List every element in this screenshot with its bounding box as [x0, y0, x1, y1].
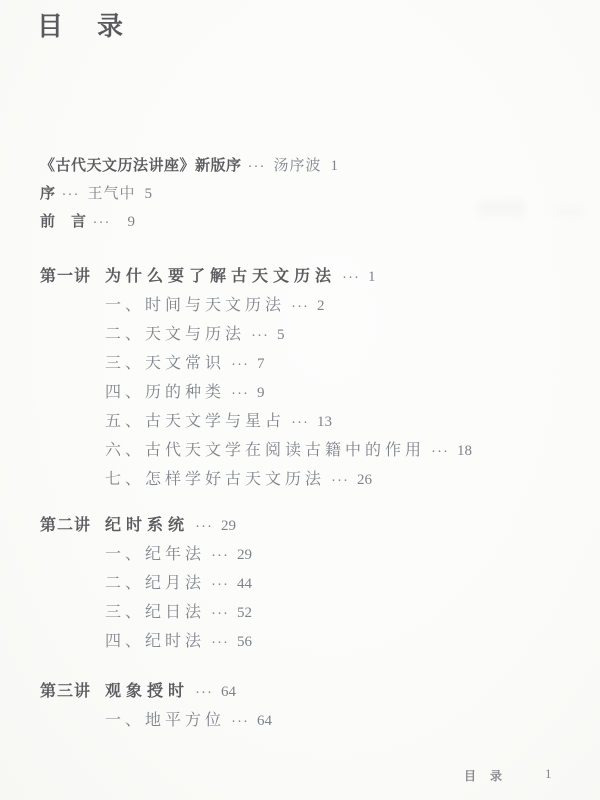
chapter-label: 第三讲: [40, 677, 105, 706]
dot-leader: ···: [93, 213, 111, 230]
toc-entry: 一、纪年法···29: [40, 540, 580, 569]
toc-entry: 七、怎样学好古天文历法···26: [40, 465, 580, 494]
toc-entry: 《古代天文历法讲座》新版序···汤序波1: [40, 152, 580, 180]
section-title: 五、古天文学与星占: [105, 413, 285, 430]
footer-page-number: 1: [545, 766, 552, 782]
section-title: 四、历的种类: [105, 384, 225, 401]
section-title: 三、纪日法: [105, 604, 205, 621]
section-page: 9: [257, 385, 265, 401]
dot-leader: ···: [342, 268, 360, 285]
dot-leader: ···: [211, 633, 229, 650]
chapter-title: 观象授时: [105, 683, 189, 700]
dot-leader: ···: [248, 157, 266, 174]
dot-leader: ···: [231, 355, 249, 372]
section-page: 29: [237, 547, 252, 563]
dot-leader: ···: [231, 384, 249, 401]
toc-entry: 三、纪日法···52: [40, 598, 580, 627]
dot-leader: ···: [195, 517, 213, 534]
dot-leader: ···: [211, 546, 229, 563]
dot-leader: ···: [291, 297, 309, 314]
section-page: 64: [257, 713, 272, 729]
section-page: 5: [277, 327, 285, 343]
chapter-label: 第二讲: [40, 511, 105, 540]
dot-leader: ···: [331, 471, 349, 488]
chapter-block-1: 第一讲为什么要了解古天文历法···1 一、时间与天文历法···2 二、天文与历法…: [40, 262, 580, 494]
section-title: 一、地平方位: [105, 712, 225, 729]
toc-entry: 五、古天文学与星占···13: [40, 407, 580, 436]
toc-entry-title: 序: [40, 185, 56, 202]
toc-entry: 前 言···9: [40, 208, 580, 236]
dot-leader: ···: [431, 442, 449, 459]
front-matter-block: 《古代天文历法讲座》新版序···汤序波1 序···王气中5 前 言···9: [40, 152, 580, 236]
dot-leader: ···: [291, 413, 309, 430]
toc-entry: 一、地平方位···64: [40, 706, 580, 735]
toc-entry: 二、纪月法···44: [40, 569, 580, 598]
toc-entry-author: 汤序波: [274, 157, 322, 174]
chapter-heading: 第三讲观象授时···64: [40, 677, 580, 706]
section-title: 六、古代天文学在阅读古籍中的作用: [105, 442, 425, 459]
chapter-page: 1: [368, 269, 376, 285]
toc-entry: 一、时间与天文历法···2: [40, 291, 580, 320]
section-page: 52: [237, 605, 252, 621]
toc-entry: 六、古代天文学在阅读古籍中的作用···18: [40, 436, 580, 465]
toc-entry: 二、天文与历法···5: [40, 320, 580, 349]
chapter-page: 29: [221, 518, 236, 534]
section-page: 56: [237, 634, 252, 650]
section-title: 一、纪年法: [105, 546, 205, 563]
chapter-block-2: 第二讲纪时系统···29 一、纪年法···29 二、纪月法···44 三、纪日法…: [40, 511, 580, 656]
dot-leader: ···: [62, 185, 80, 202]
chapter-label: 第一讲: [40, 262, 105, 291]
toc-entry: 四、纪时法···56: [40, 627, 580, 656]
section-title: 二、纪月法: [105, 575, 205, 592]
section-page: 2: [317, 298, 325, 314]
chapter-page: 64: [221, 684, 236, 700]
dot-leader: ···: [211, 575, 229, 592]
chapter-title: 为什么要了解古天文历法: [105, 268, 336, 285]
toc-entry: 四、历的种类···9: [40, 378, 580, 407]
toc-entry-author: 王气中: [88, 185, 136, 202]
toc-entry-page: 1: [331, 158, 339, 174]
footer-section-label: 目 录: [464, 767, 503, 784]
dot-leader: ···: [231, 712, 249, 729]
section-title: 一、时间与天文历法: [105, 297, 285, 314]
dot-leader: ···: [211, 604, 229, 621]
toc-entry-title: 《古代天文历法讲座》新版序: [40, 157, 242, 174]
section-title: 七、怎样学好古天文历法: [105, 471, 325, 488]
page-title: 目 录: [37, 13, 127, 39]
section-page: 7: [257, 356, 265, 372]
toc-entry-title: 前 言: [40, 213, 87, 230]
section-title: 四、纪时法: [105, 633, 205, 650]
chapter-block-3: 第三讲观象授时···64 一、地平方位···64: [40, 677, 580, 735]
toc-entry-page: 9: [128, 214, 136, 230]
chapter-title: 纪时系统: [105, 517, 189, 534]
section-page: 18: [457, 443, 472, 459]
chapter-heading: 第二讲纪时系统···29: [40, 511, 580, 540]
section-title: 三、天文常识: [105, 355, 225, 372]
toc-entry: 序···王气中5: [40, 180, 580, 208]
dot-leader: ···: [195, 683, 213, 700]
chapter-heading: 第一讲为什么要了解古天文历法···1: [40, 262, 580, 291]
toc-entry-page: 5: [145, 186, 153, 202]
dot-leader: ···: [251, 326, 269, 343]
section-page: 26: [357, 472, 372, 488]
section-page: 13: [317, 414, 332, 430]
section-page: 44: [237, 576, 252, 592]
toc-entry: 三、天文常识···7: [40, 349, 580, 378]
toc-page: 目 录 《古代天文历法讲座》新版序···汤序波1 序···王气中5 前 言···…: [0, 0, 600, 800]
section-title: 二、天文与历法: [105, 326, 245, 343]
